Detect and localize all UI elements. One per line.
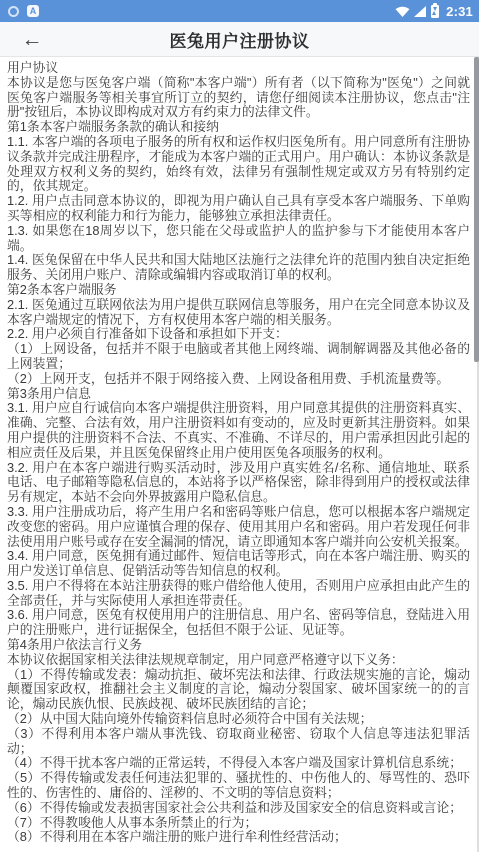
agreement-paragraph: 第4条用户依法言行义务	[7, 638, 470, 653]
agreement-paragraph: 1.1. 本客户端的各项电子服务的所有权和运作权归医兔所有。用户同意所有注册协议…	[7, 135, 470, 194]
status-time: 2:31	[446, 4, 473, 19]
agreement-paragraph: 3.4. 用户同意，医兔拥有通过邮件、短信电话等形式，向在本客户端注册、购买的用…	[7, 549, 470, 579]
agreement-paragraph: 第2条本客户端服务	[7, 283, 470, 298]
agreement-paragraph: （6）不得传输或发表损害国家社会公共利益和涉及国家安全的信息资料或言论；	[7, 801, 470, 816]
agreement-paragraph: 用户协议	[7, 61, 470, 76]
agreement-paragraph: （2）上网开支，包括并不限于网络接入费、上网设备租用费、手机流量费等。	[7, 372, 470, 387]
agreement-paragraph: 2.2. 用户必须自行准备如下设备和承担如下开支：	[7, 327, 470, 342]
shield-notification-icon	[8, 6, 19, 17]
agreement-paragraph: （4）不得干扰本客户端的正常运转，不得侵入本客户端及国家计算机信息系统；	[7, 756, 470, 771]
agreement-paragraph: （1）不得传输或发表：煽动抗拒、破坏宪法和法律、行政法规实施的言论，煽动颠覆国家…	[7, 668, 470, 712]
back-button[interactable]: ←	[14, 22, 50, 57]
agreement-paragraph: （1）上网设备，包括并不限于电脑或者其他上网终端、调制解调器及其他必备的上网装置…	[7, 342, 470, 372]
charging-bolt-icon	[433, 7, 437, 11]
wifi-icon	[395, 6, 410, 17]
agreement-paragraph: （5）不得传输或发表任何违法犯罪的、骚扰性的、中伤他人的、辱骂性的、恐吓性的、伤…	[7, 771, 470, 801]
cellular-signal-icon	[414, 6, 426, 17]
agreement-paragraph: 1.2. 用户点击同意本协议的，即视为用户确认自己具有享受本客户端服务、下单购买…	[7, 194, 470, 224]
agreement-content[interactable]: 用户协议本协议是您与医兔客户端（简称"本客户端"）所有者（以下简称为"医兔"）之…	[0, 57, 479, 852]
agreement-paragraph: 本协议是您与医兔客户端（简称"本客户端"）所有者（以下简称为"医兔"）之间就医兔…	[7, 76, 470, 120]
agreement-paragraph: （7）不得教唆他人从事本条所禁止的行为；	[7, 816, 470, 831]
app-bar: ← 医兔用户注册协议	[0, 22, 479, 57]
agreement-paragraph: 1.4. 医兔保留在中华人民共和国大陆地区法施行之法律允许的范围内独自决定拒绝服…	[7, 253, 470, 283]
agreement-paragraph: 第3条用户信息	[7, 387, 470, 402]
status-bar-notifications: A	[8, 5, 39, 17]
status-bar: A 2:31	[0, 0, 479, 22]
agreement-paragraph: 第1条本客户端服务条款的确认和接纳	[7, 120, 470, 135]
agreement-paragraph: 3.2. 用户在本客户端进行购买活动时，涉及用户真实姓名/名称、通信地址、联系电…	[7, 461, 470, 505]
status-bar-indicators: 2:31	[395, 4, 473, 19]
agreement-paragraph: 3.3. 用户注册成功后，将产生用户名和密码等账户信息，您可以根据本客户端规定改…	[7, 505, 470, 549]
agreement-paragraph: （3）不得利用本客户端从事洗钱、窃取商业秘密、窃取个人信息等违法犯罪活动；	[7, 727, 470, 757]
agreement-paragraph: 3.5. 用户不得将在本站注册获得的账户借给他人使用，否则用户应承担由此产生的全…	[7, 579, 470, 609]
app-screen: A 2:31 ← 医兔用户注册协议 用户协议本协议是您与医兔客户端（简称"本客户…	[0, 0, 479, 852]
back-arrow-icon: ←	[22, 28, 43, 52]
agreement-paragraph: 2.1. 医兔通过互联网依法为用户提供互联网信息等服务，用户在完全同意本协议及本…	[7, 298, 470, 328]
page-title: 医兔用户注册协议	[170, 27, 310, 52]
battery-icon	[431, 5, 439, 18]
agreement-paragraph: 3.6. 用户同意，医兔有权使用用户的注册信息、用户名、密码等信息，登陆进入用户…	[7, 608, 470, 638]
agreement-paragraph: 3.1. 用户应自行诚信向本客户端提供注册资料，用户同意其提供的注册资料真实、准…	[7, 401, 470, 460]
agreement-paragraph: （2）从中国大陆向境外传输资料信息时必须符合中国有关法规；	[7, 712, 470, 727]
agreement-paragraph: 本协议依据国家相关法律法规规章制定，用户同意严格遵守以下义务：	[7, 653, 470, 668]
app-a-notification-icon: A	[27, 5, 39, 17]
agreement-paragraph: 1.3. 如果您在18周岁以下，您只能在父母或监护人的监护参与下才能使用本客户端…	[7, 224, 470, 254]
agreement-paragraph: （8）不得利用在本客户端注册的账户进行牟利性经营活动；	[7, 830, 470, 845]
scrollbar-thumb[interactable]	[474, 57, 479, 362]
